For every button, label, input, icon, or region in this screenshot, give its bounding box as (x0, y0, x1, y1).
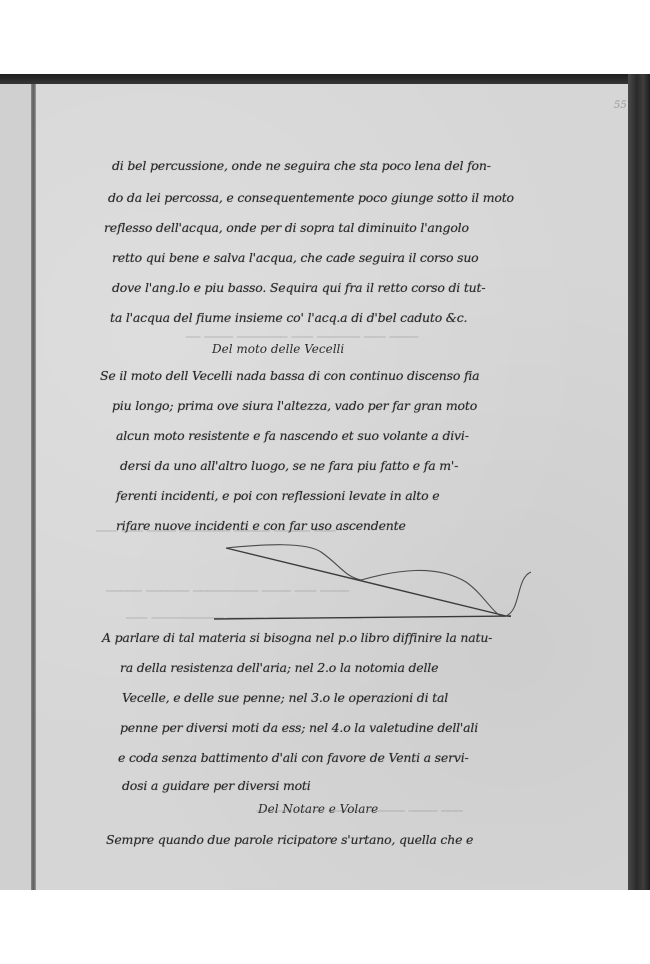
manuscript-page: 55 ──── ─── ────── ─── ─────── ──── ── ─… (36, 84, 630, 890)
facing-page-edge (0, 84, 33, 890)
text-line: Se il moto dell Vecelli nada bassa di co… (100, 368, 479, 383)
text-line: retto qui bene e salva l'acqua, che cade… (112, 250, 479, 265)
text-line: reflesso dell'acqua, onde per di sopra t… (104, 220, 469, 235)
text-line: rifare nuove incidenti e con far uso asc… (116, 518, 406, 533)
text-line: dersi da uno all'altro luogo, se ne fara… (120, 458, 458, 473)
book-binding-edge (628, 74, 650, 890)
text-line: penne per diversi moti da ess; nel 4.o l… (120, 720, 478, 735)
text-line: A parlare di tal materia si bisogna nel … (102, 630, 492, 645)
flight-path-diagram (206, 534, 546, 634)
text-line: ra della resistenza dell'aria; nel 2.o l… (120, 660, 438, 675)
text-line: Sempre quando due parole ricipatore s'ur… (106, 832, 473, 847)
text-line: Vecelle, e delle sue penne; nel 3.o le o… (122, 690, 448, 705)
text-line: ta l'acqua del fiume insieme co' l'acq.a… (110, 310, 467, 325)
text-line: dosi a guidare per diversi moti (122, 778, 311, 793)
folio-number: 55 (614, 100, 627, 111)
text-line: do da lei percossa, e consequentemente p… (108, 190, 514, 205)
text-line: dove l'ang.lo e piu basso. Sequira qui f… (112, 280, 485, 295)
text-line: piu longo; prima ove siura l'altezza, va… (112, 398, 477, 413)
section-heading: Del moto delle Vecelli (212, 342, 344, 356)
manuscript-scan: 55 ──── ─── ────── ─── ─────── ──── ── ─… (0, 74, 650, 890)
text-line: ferenti incidenti, e poi con reflessioni… (116, 488, 439, 503)
text-line: di bel percussione, onde ne seguira che … (112, 158, 491, 173)
text-line: e coda senza battimento d'ali con favore… (118, 750, 469, 765)
text-line: alcun moto resistente e fa nascendo et s… (116, 428, 469, 443)
section-heading: Del Notare e Volare (258, 802, 378, 816)
